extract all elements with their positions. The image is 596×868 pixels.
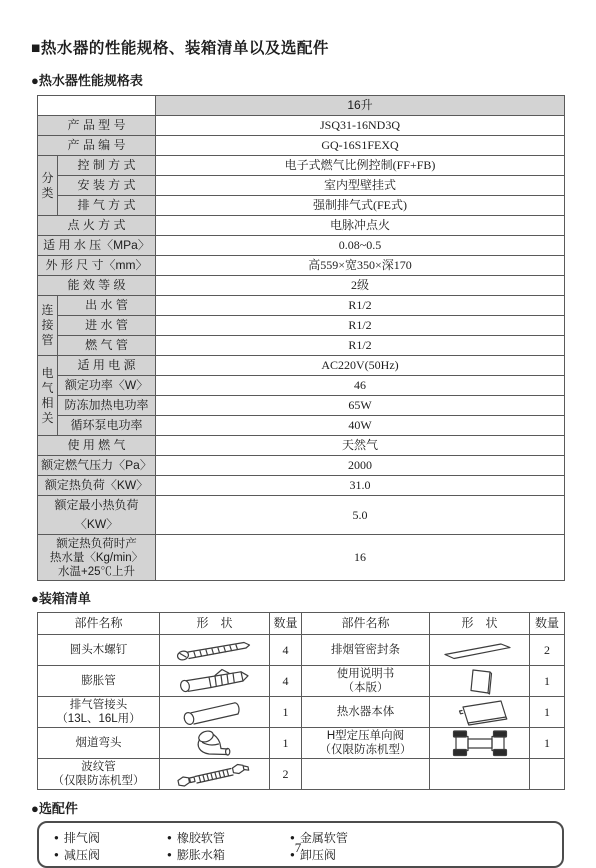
spec-label: 产 品 型 号: [38, 116, 156, 136]
spec-row: 燃 气 管 R1/2: [38, 336, 565, 356]
spec-size-header: 16升: [156, 96, 565, 116]
spec-label: 安 装 方 式: [58, 176, 156, 196]
spec-row: 使 用 燃 气 天然气: [38, 436, 565, 456]
part-name: H型定压单向阀 （仅限防冻机型）: [302, 728, 430, 759]
packing-row: 膨胀管 4 使用说明书 （本版） 1: [38, 666, 565, 697]
spec-value: 0.08~0.5: [156, 236, 565, 256]
spec-row: 循环泵电功率 40W: [38, 416, 565, 436]
spec-value: GQ-16S1FEXQ: [156, 136, 565, 156]
spec-label: 进 水 管: [58, 316, 156, 336]
spec-label: 产 品 编 号: [38, 136, 156, 156]
spec-label: 额定燃气压力〈Pa〉: [38, 456, 156, 476]
spec-row: 额定功率〈W〉 46: [38, 376, 565, 396]
spec-header-row: 16升: [38, 96, 565, 116]
spec-group-label: 连 接 管: [38, 296, 58, 356]
anchor-icon: [169, 667, 261, 695]
packing-header-qty: 数量: [530, 613, 565, 635]
spec-row: 进 水 管 R1/2: [38, 316, 565, 336]
packing-row: 圆头木螺钉 4 排烟管密封条 2: [38, 635, 565, 666]
packing-row: 波纹管 （仅限防冻机型） 2: [38, 759, 565, 790]
spec-row: 能 效 等 级 2级: [38, 276, 565, 296]
spec-label: 控 制 方 式: [58, 156, 156, 176]
part-qty: [530, 759, 565, 790]
part-shape-cell: [160, 728, 270, 759]
spec-group-label: 电 气 相 关: [38, 356, 58, 436]
spec-row: 安 装 方 式 室内型壁挂式: [38, 176, 565, 196]
spec-row: 产 品 编 号 GQ-16S1FEXQ: [38, 136, 565, 156]
spec-label: 点 火 方 式: [38, 216, 156, 236]
spec-value: JSQ31-16ND3Q: [156, 116, 565, 136]
part-qty: 4: [270, 635, 302, 666]
part-name: 圆头木螺钉: [38, 635, 160, 666]
spec-value: 2000: [156, 456, 565, 476]
spec-value: AC220V(50Hz): [156, 356, 565, 376]
part-shape-cell: [160, 666, 270, 697]
packing-header-shape: 形 状: [430, 613, 530, 635]
spec-row: 额定热负荷时产 热水量〈Kg/min〉 水温+25℃上升 16: [38, 535, 565, 581]
strip-icon: [435, 636, 525, 664]
packing-header-qty: 数量: [270, 613, 302, 635]
page-number: 7: [0, 840, 596, 856]
packing-table: 部件名称 形 状 数量 部件名称 形 状 数量 圆头木螺钉 4 排烟管密封条: [37, 612, 565, 790]
packing-section-heading: ●装箱清单: [31, 588, 596, 607]
part-name: [302, 759, 430, 790]
spec-label: 排 气 方 式: [58, 196, 156, 216]
part-shape-cell: [160, 697, 270, 728]
manual-page: ■热水器的性能规格、装箱清单以及选配件 ●热水器性能规格表 16升 产 品 型 …: [0, 0, 596, 868]
manual-icon: [435, 666, 525, 696]
spec-row: 产 品 型 号 JSQ31-16ND3Q: [38, 116, 565, 136]
spec-header-empty-cell: [38, 96, 156, 116]
spec-section-heading: ●热水器性能规格表: [31, 70, 596, 89]
spec-label: 适 用 电 源: [58, 356, 156, 376]
spec-value: 室内型壁挂式: [156, 176, 565, 196]
spec-row: 额定热负荷〈KW〉 31.0: [38, 476, 565, 496]
part-name: 排烟管密封条: [302, 635, 430, 666]
spec-label: 使 用 燃 气: [38, 436, 156, 456]
spec-label: 防冻加热电功率: [58, 396, 156, 416]
part-qty: 1: [530, 666, 565, 697]
spec-value: 电脉冲点火: [156, 216, 565, 236]
part-shape-cell: [430, 728, 530, 759]
part-name: 膨胀管: [38, 666, 160, 697]
spec-value: R1/2: [156, 316, 565, 336]
part-shape-cell: [430, 697, 530, 728]
spec-row: 连 接 管 出 水 管 R1/2: [38, 296, 565, 316]
spec-label: 额定功率〈W〉: [58, 376, 156, 396]
part-qty: 1: [530, 728, 565, 759]
part-qty: 2: [270, 759, 302, 790]
spec-value: 16: [156, 535, 565, 581]
spec-label: 出 水 管: [58, 296, 156, 316]
pipe-icon: [169, 698, 261, 726]
spec-label: 循环泵电功率: [58, 416, 156, 436]
spec-value: 电子式燃气比例控制(FF+FB): [156, 156, 565, 176]
spec-row: 额定最小热负荷〈KW〉 5.0: [38, 496, 565, 535]
packing-header-name: 部件名称: [302, 613, 430, 635]
part-name: 波纹管 （仅限防冻机型）: [38, 759, 160, 790]
spec-value: 46: [156, 376, 565, 396]
spec-value: 40W: [156, 416, 565, 436]
packing-row: 烟道弯头 1 H型定压单向阀 （仅限防冻机型）: [38, 728, 565, 759]
part-qty: 1: [530, 697, 565, 728]
accessories-section-heading: ●选配件: [31, 798, 596, 817]
unit-icon: [435, 697, 525, 727]
spec-value: 2级: [156, 276, 565, 296]
spec-row: 外 形 尺 寸〈mm〉 高559×宽350×深170: [38, 256, 565, 276]
part-name: 排气管接头 （13L、16L用）: [38, 697, 160, 728]
part-shape-cell: [160, 635, 270, 666]
packing-header-row: 部件名称 形 状 数量 部件名称 形 状 数量: [38, 613, 565, 635]
part-shape-cell-empty: [430, 759, 530, 790]
part-shape-cell: [430, 666, 530, 697]
valve-icon: [435, 728, 525, 758]
spec-label: 燃 气 管: [58, 336, 156, 356]
spec-row: 分 类 控 制 方 式 电子式燃气比例控制(FF+FB): [38, 156, 565, 176]
part-qty: 1: [270, 728, 302, 759]
spec-value: 65W: [156, 396, 565, 416]
part-qty: 4: [270, 666, 302, 697]
part-qty: 1: [270, 697, 302, 728]
part-name: 使用说明书 （本版）: [302, 666, 430, 697]
part-name: 烟道弯头: [38, 728, 160, 759]
spec-value: R1/2: [156, 296, 565, 316]
spec-value: 5.0: [156, 496, 565, 535]
spec-value: 31.0: [156, 476, 565, 496]
hose-icon: [169, 760, 261, 788]
spec-row: 排 气 方 式 强制排气式(FE式): [38, 196, 565, 216]
spec-label: 适 用 水 压〈MPa〉: [38, 236, 156, 256]
elbow-icon: [169, 728, 261, 758]
spec-value: 高559×宽350×深170: [156, 256, 565, 276]
spec-value: R1/2: [156, 336, 565, 356]
spec-value: 强制排气式(FE式): [156, 196, 565, 216]
page-title: ■热水器的性能规格、装箱清单以及选配件: [31, 36, 596, 58]
spec-label: 额定最小热负荷〈KW〉: [38, 496, 156, 535]
packing-row: 排气管接头 （13L、16L用） 1 热水器本体 1: [38, 697, 565, 728]
spec-row: 适 用 水 压〈MPa〉 0.08~0.5: [38, 236, 565, 256]
part-qty: 2: [530, 635, 565, 666]
screw-icon: [169, 636, 261, 664]
spec-label: 额定热负荷时产 热水量〈Kg/min〉 水温+25℃上升: [38, 535, 156, 581]
spec-value: 天然气: [156, 436, 565, 456]
spec-row: 防冻加热电功率 65W: [38, 396, 565, 416]
spec-table: 16升 产 品 型 号 JSQ31-16ND3Q 产 品 编 号 GQ-16S1…: [37, 95, 565, 581]
spec-row: 额定燃气压力〈Pa〉 2000: [38, 456, 565, 476]
spec-row: 电 气 相 关 适 用 电 源 AC220V(50Hz): [38, 356, 565, 376]
spec-group-label: 分 类: [38, 156, 58, 216]
spec-label: 外 形 尺 寸〈mm〉: [38, 256, 156, 276]
packing-header-name: 部件名称: [38, 613, 160, 635]
spec-row: 点 火 方 式 电脉冲点火: [38, 216, 565, 236]
part-shape-cell: [430, 635, 530, 666]
packing-header-shape: 形 状: [160, 613, 270, 635]
part-shape-cell: [160, 759, 270, 790]
part-name: 热水器本体: [302, 697, 430, 728]
spec-label: 能 效 等 级: [38, 276, 156, 296]
spec-label: 额定热负荷〈KW〉: [38, 476, 156, 496]
